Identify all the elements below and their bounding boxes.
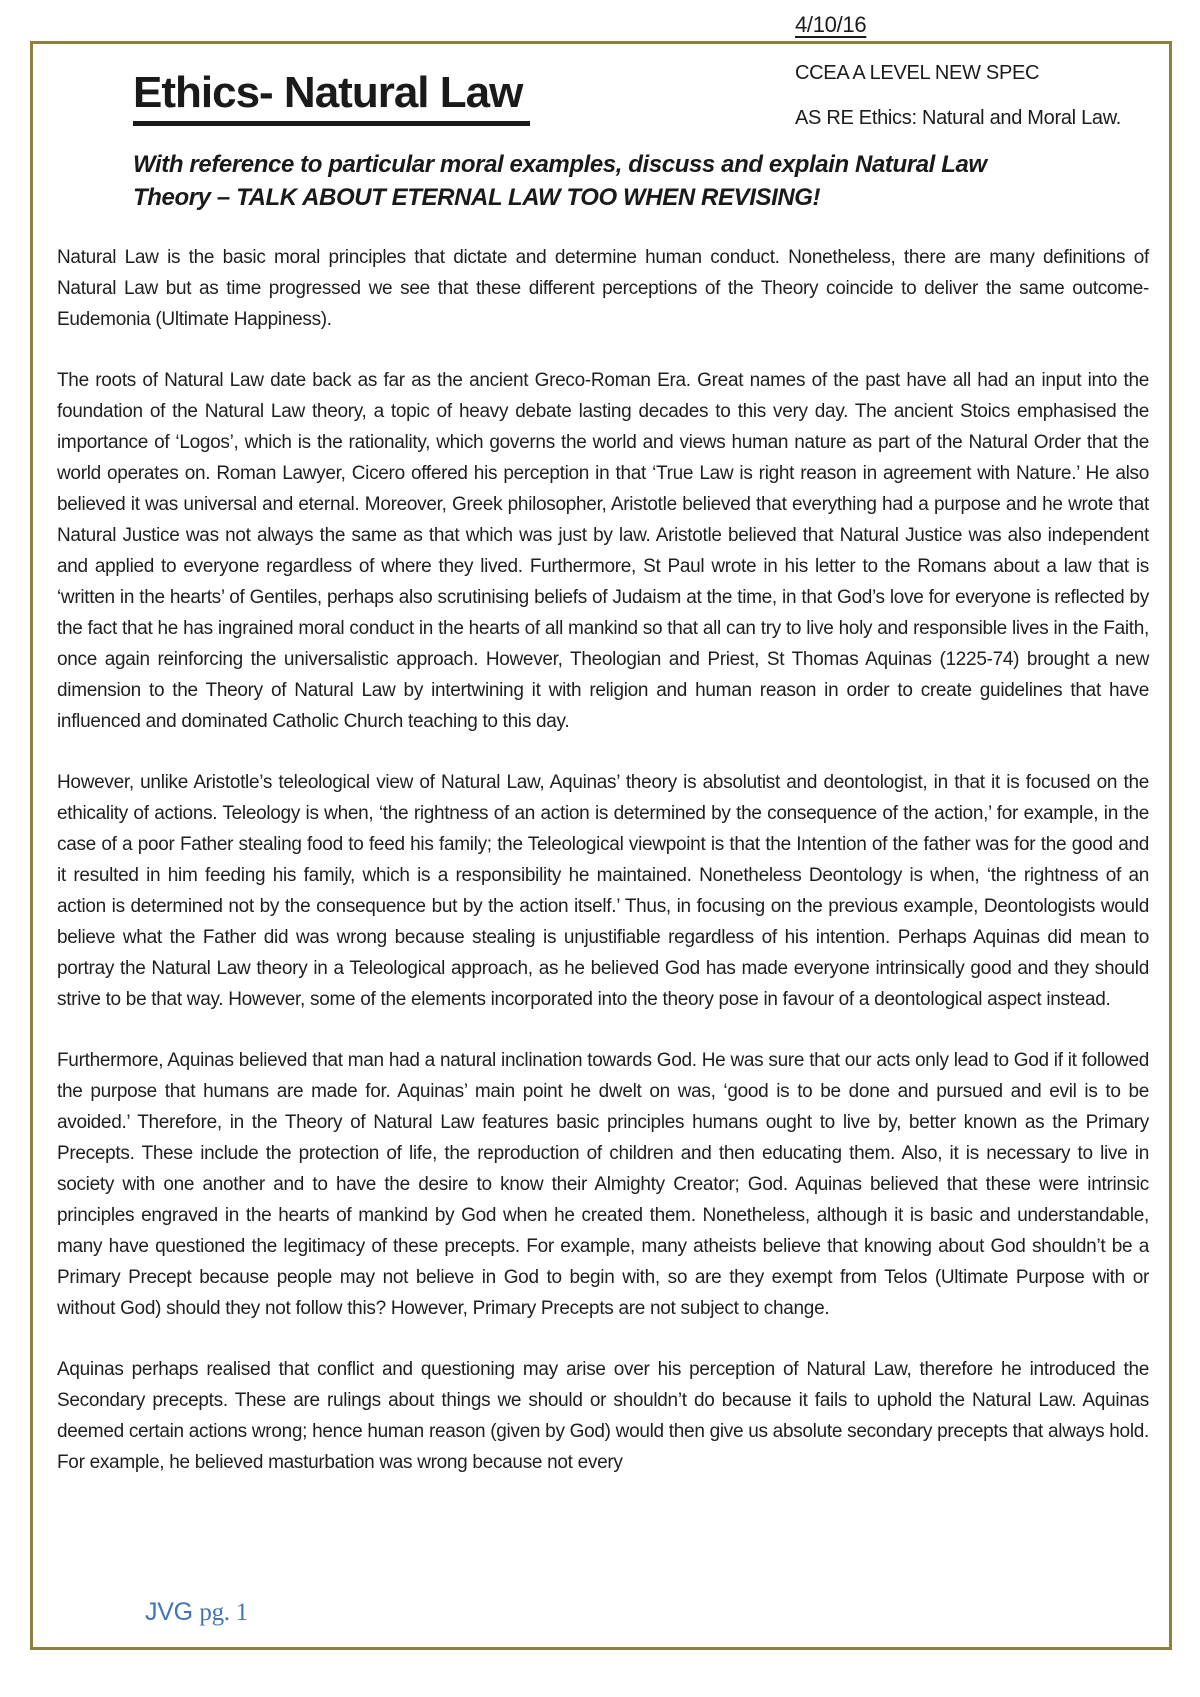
footer-page-number: pg. 1	[199, 1599, 248, 1626]
essay-paragraph-3: However, unlike Aristotle’s teleological…	[57, 767, 1149, 1015]
header-course-block: CCEA A LEVEL NEW SPEC AS RE Ethics: Natu…	[795, 62, 1121, 130]
essay-paragraph-1: Natural Law is the basic moral principle…	[57, 242, 1149, 335]
essay-question-heading: With reference to particular moral examp…	[133, 148, 1033, 214]
course-spec-label: CCEA A LEVEL NEW SPEC	[795, 62, 1121, 85]
footer-initials: JVG	[145, 1598, 193, 1626]
course-module-label: AS RE Ethics: Natural and Moral Law.	[795, 107, 1121, 130]
essay-question-line1: With reference to particular moral examp…	[133, 151, 987, 178]
essay-paragraph-4: Furthermore, Aquinas believed that man h…	[57, 1045, 1149, 1324]
essay-paragraph-5: Aquinas perhaps realised that conflict a…	[57, 1354, 1149, 1478]
page-footer: JVG pg. 1	[145, 1598, 248, 1627]
document-page: 4/10/16 Ethics- Natural Law CCEA A LEVEL…	[0, 0, 1200, 1697]
essay-body: Natural Law is the basic moral principle…	[57, 242, 1149, 1508]
header-date: 4/10/16	[795, 12, 866, 38]
essay-question-line2: Theory – TALK ABOUT ETERNAL LAW TOO WHEN…	[133, 184, 820, 211]
page-title: Ethics- Natural Law	[133, 68, 530, 126]
essay-paragraph-2: The roots of Natural Law date back as fa…	[57, 365, 1149, 737]
